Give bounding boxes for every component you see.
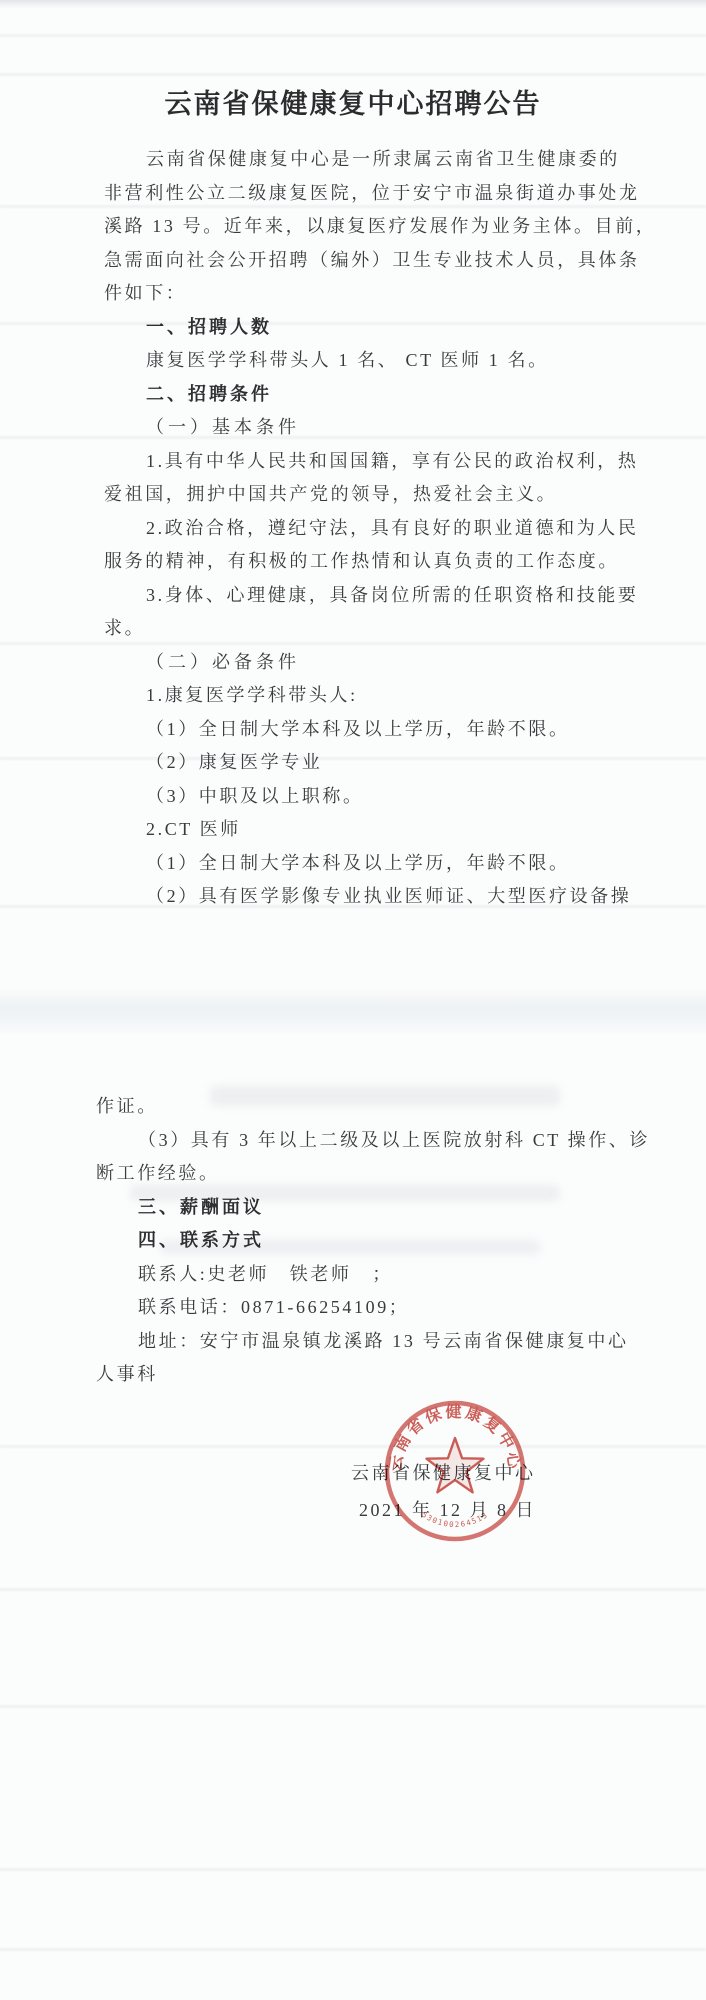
doc-line: （1）全日制大学本科及以上学历，年龄不限。 (104, 713, 664, 747)
doc-line: 地址：安宁市温泉镇龙溪路 13 号云南省保健康复中心 (96, 1325, 656, 1359)
scan-artifact (0, 1445, 706, 1448)
seal-graphic: 云南省保健康复中心 530100264513 (382, 1398, 528, 1544)
doc-line: 四、联系方式 (96, 1224, 656, 1258)
doc-line: （一）基本条件 (104, 411, 664, 445)
scan-artifact (0, 34, 706, 37)
page-break-shadow (0, 988, 706, 1036)
official-seal: 云南省保健康复中心 530100264513 (382, 1398, 528, 1544)
star-icon (427, 1438, 484, 1492)
scan-artifact (0, 1948, 706, 1951)
doc-line: 1.具有中华人民共和国国籍，享有公民的政治权利，热 (104, 445, 664, 479)
doc-line: （2）具有医学影像专业执业医师证、大型医疗设备操 (104, 880, 664, 914)
doc-line: （二）必备条件 (104, 646, 664, 680)
doc-line: 二、招聘条件 (104, 378, 664, 412)
scan-artifact (0, 0, 706, 9)
doc-line: （3）中职及以上职称。 (104, 780, 664, 814)
document-title: 云南省保健康复中心招聘公告 (0, 82, 706, 121)
doc-line: 溪路 13 号。近年来，以康复医疗发展作为业务主体。目前， (104, 210, 664, 244)
doc-line: 一、招聘人数 (104, 311, 664, 345)
doc-line: 联系电话：0871-66254109； (96, 1291, 656, 1325)
doc-line: （2）康复医学专业 (104, 746, 664, 780)
doc-line: （3）具有 3 年以上二级及以上医院放射科 CT 操作、诊 (96, 1124, 656, 1158)
page-2-text: 作证。（3）具有 3 年以上二级及以上医院放射科 CT 操作、诊断工作经验。三、… (96, 1090, 656, 1392)
doc-line: 作证。 (96, 1090, 656, 1124)
doc-line: 件如下： (104, 277, 664, 311)
doc-line: 急需面向社会公开招聘（编外）卫生专业技术人员，具体条 (104, 244, 664, 278)
scan-artifact (0, 73, 706, 76)
seal-serial: 530100264513 (420, 1510, 490, 1529)
doc-line: 联系人:史老师 铁老师 ； (96, 1258, 656, 1292)
doc-line: 求。 (104, 612, 664, 646)
doc-line: 服务的精神，有积极的工作热情和认真负责的工作态度。 (104, 545, 664, 579)
doc-line: （1）全日制大学本科及以上学历，年龄不限。 (104, 847, 664, 881)
scan-artifact (0, 1588, 706, 1591)
doc-line: 三、薪酬面议 (96, 1191, 656, 1225)
scan-artifact (0, 1868, 706, 1871)
doc-line: 断工作经验。 (96, 1157, 656, 1191)
doc-line: 康复医学学科带头人 1 名、 CT 医师 1 名。 (104, 344, 664, 378)
scan-artifact (0, 1705, 706, 1708)
doc-line: 2.CT 医师 (104, 813, 664, 847)
doc-line: 云南省保健康复中心是一所隶属云南省卫生健康委的 (104, 143, 664, 177)
doc-line: 非营利性公立二级康复医院，位于安宁市温泉街道办事处龙 (104, 177, 664, 211)
doc-line: 3.身体、心理健康，具备岗位所需的任职资格和技能要 (104, 579, 664, 613)
page-1-text: 云南省保健康复中心是一所隶属云南省卫生健康委的非营利性公立二级康复医院，位于安宁… (104, 143, 664, 914)
doc-line: 人事科 (96, 1358, 656, 1392)
doc-line: 2.政治合格，遵纪守法，具有良好的职业道德和为人民 (104, 512, 664, 546)
doc-line: 1.康复医学学科带头人: (104, 679, 664, 713)
doc-line: 爱祖国，拥护中国共产党的领导，热爱社会主义。 (104, 478, 664, 512)
scanned-document: 云南省保健康复中心招聘公告 云南省保健康复中心是一所隶属云南省卫生健康委的非营利… (0, 0, 706, 2000)
